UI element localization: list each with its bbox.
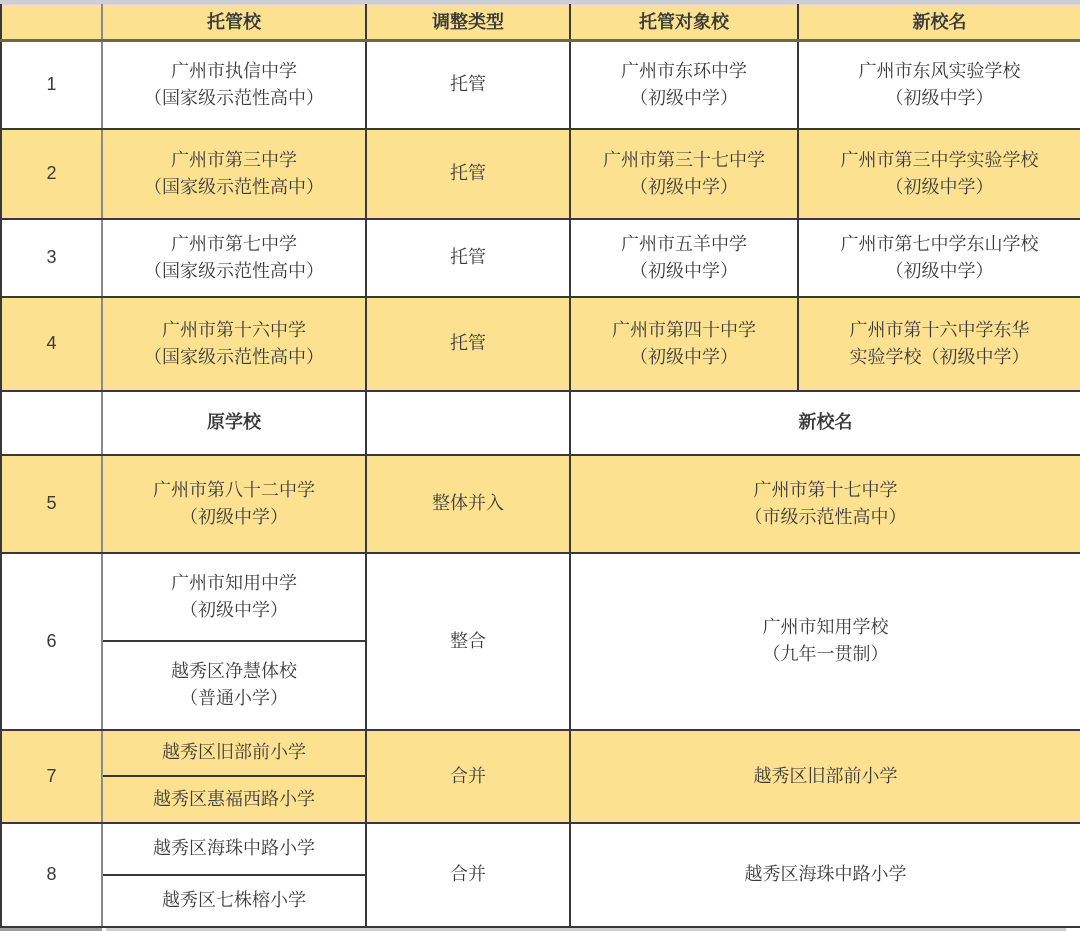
new-school-name-cell: 广州市第三中学实验学校 （初级中学）: [798, 129, 1080, 219]
new-school-name-cell: 广州市知用学校 （九年一贯制）: [570, 553, 1080, 730]
new-school-name-cell: 广州市第七中学东山学校 （初级中学）: [798, 219, 1080, 297]
bottom-strip-segment: [0, 928, 102, 931]
target-school-cell: 广州市东环中学 （初级中学）: [570, 41, 798, 129]
table-row: 8 越秀区海珠中路小学 合并 越秀区海珠中路小学: [1, 823, 1080, 875]
table-row: 4 广州市第十六中学 （国家级示范性高中） 托管 广州市第四十中学 （初级中学）…: [1, 297, 1080, 391]
header-cell-target-school: 托管对象校: [570, 5, 798, 41]
row-number-cell: 4: [1, 297, 102, 391]
adjust-type-cell: 托管: [366, 129, 570, 219]
table-row: 1 广州市执信中学 （国家级示范性高中） 托管 广州市东环中学 （初级中学） 广…: [1, 41, 1080, 129]
bottom-strip-segment: [106, 928, 1066, 931]
original-school-cell: 广州市知用中学 （初级中学）: [102, 553, 366, 641]
custodian-school-cell: 广州市第七中学 （国家级示范性高中）: [102, 219, 366, 297]
custodian-school-cell: 广州市第十六中学 （国家级示范性高中）: [102, 297, 366, 391]
section-empty-cell: [366, 391, 570, 455]
adjust-type-cell: 托管: [366, 41, 570, 129]
section-header-row: 原学校 新校名: [1, 391, 1080, 455]
adjust-type-cell: 托管: [366, 297, 570, 391]
header-cell-index: [1, 5, 102, 41]
custodian-school-cell: 广州市第三中学 （国家级示范性高中）: [102, 129, 366, 219]
section-new-name-header: 新校名: [570, 391, 1080, 455]
table-row: 6 广州市知用中学 （初级中学） 整合 广州市知用学校 （九年一贯制）: [1, 553, 1080, 641]
header-cell-new-school-name: 新校名: [798, 5, 1080, 41]
original-school-cell: 越秀区净慧体校 （普通小学）: [102, 641, 366, 730]
target-school-cell: 广州市五羊中学 （初级中学）: [570, 219, 798, 297]
new-school-name-cell: 广州市第十七中学 （市级示范性高中）: [570, 455, 1080, 553]
adjust-type-cell: 整体并入: [366, 455, 570, 553]
section-original-school-header: 原学校: [102, 391, 366, 455]
new-school-name-cell: 越秀区旧部前小学: [570, 730, 1080, 823]
original-school-cell: 越秀区旧部前小学: [102, 730, 366, 776]
adjust-type-cell: 合并: [366, 823, 570, 927]
table-row: 2 广州市第三中学 （国家级示范性高中） 托管 广州市第三十七中学 （初级中学）…: [1, 129, 1080, 219]
adjust-type-cell: 整合: [366, 553, 570, 730]
row-number-cell: 8: [1, 823, 102, 927]
new-school-name-cell: 越秀区海珠中路小学: [570, 823, 1080, 927]
header-cell-adjust-type: 调整类型: [366, 5, 570, 41]
table-row: 3 广州市第七中学 （国家级示范性高中） 托管 广州市五羊中学 （初级中学） 广…: [1, 219, 1080, 297]
row-number-cell: 1: [1, 41, 102, 129]
row-number-cell: 5: [1, 455, 102, 553]
original-school-cell: 越秀区七株榕小学: [102, 875, 366, 927]
adjust-type-cell: 托管: [366, 219, 570, 297]
target-school-cell: 广州市第三十七中学 （初级中学）: [570, 129, 798, 219]
window-bottom-strip: [0, 928, 1080, 931]
target-school-cell: 广州市第四十中学 （初级中学）: [570, 297, 798, 391]
custodian-school-cell: 广州市执信中学 （国家级示范性高中）: [102, 41, 366, 129]
section-empty-cell: [1, 391, 102, 455]
new-school-name-cell: 广州市东风实验学校 （初级中学）: [798, 41, 1080, 129]
original-school-cell: 广州市第八十二中学 （初级中学）: [102, 455, 366, 553]
table-row: 7 越秀区旧部前小学 合并 越秀区旧部前小学: [1, 730, 1080, 776]
row-number-cell: 2: [1, 129, 102, 219]
adjust-type-cell: 合并: [366, 730, 570, 823]
row-number-cell: 7: [1, 730, 102, 823]
original-school-cell: 越秀区惠福西路小学: [102, 776, 366, 823]
table-header-row: 托管校 调整类型 托管对象校 新校名: [1, 5, 1080, 41]
new-school-name-cell: 广州市第十六中学东华 实验学校（初级中学）: [798, 297, 1080, 391]
original-school-cell: 越秀区海珠中路小学: [102, 823, 366, 875]
school-adjustment-table: 托管校 调整类型 托管对象校 新校名 1 广州市执信中学 （国家级示范性高中） …: [0, 4, 1080, 928]
row-number-cell: 3: [1, 219, 102, 297]
table-row: 5 广州市第八十二中学 （初级中学） 整体并入 广州市第十七中学 （市级示范性高…: [1, 455, 1080, 553]
header-cell-custodian-school: 托管校: [102, 5, 366, 41]
row-number-cell: 6: [1, 553, 102, 730]
